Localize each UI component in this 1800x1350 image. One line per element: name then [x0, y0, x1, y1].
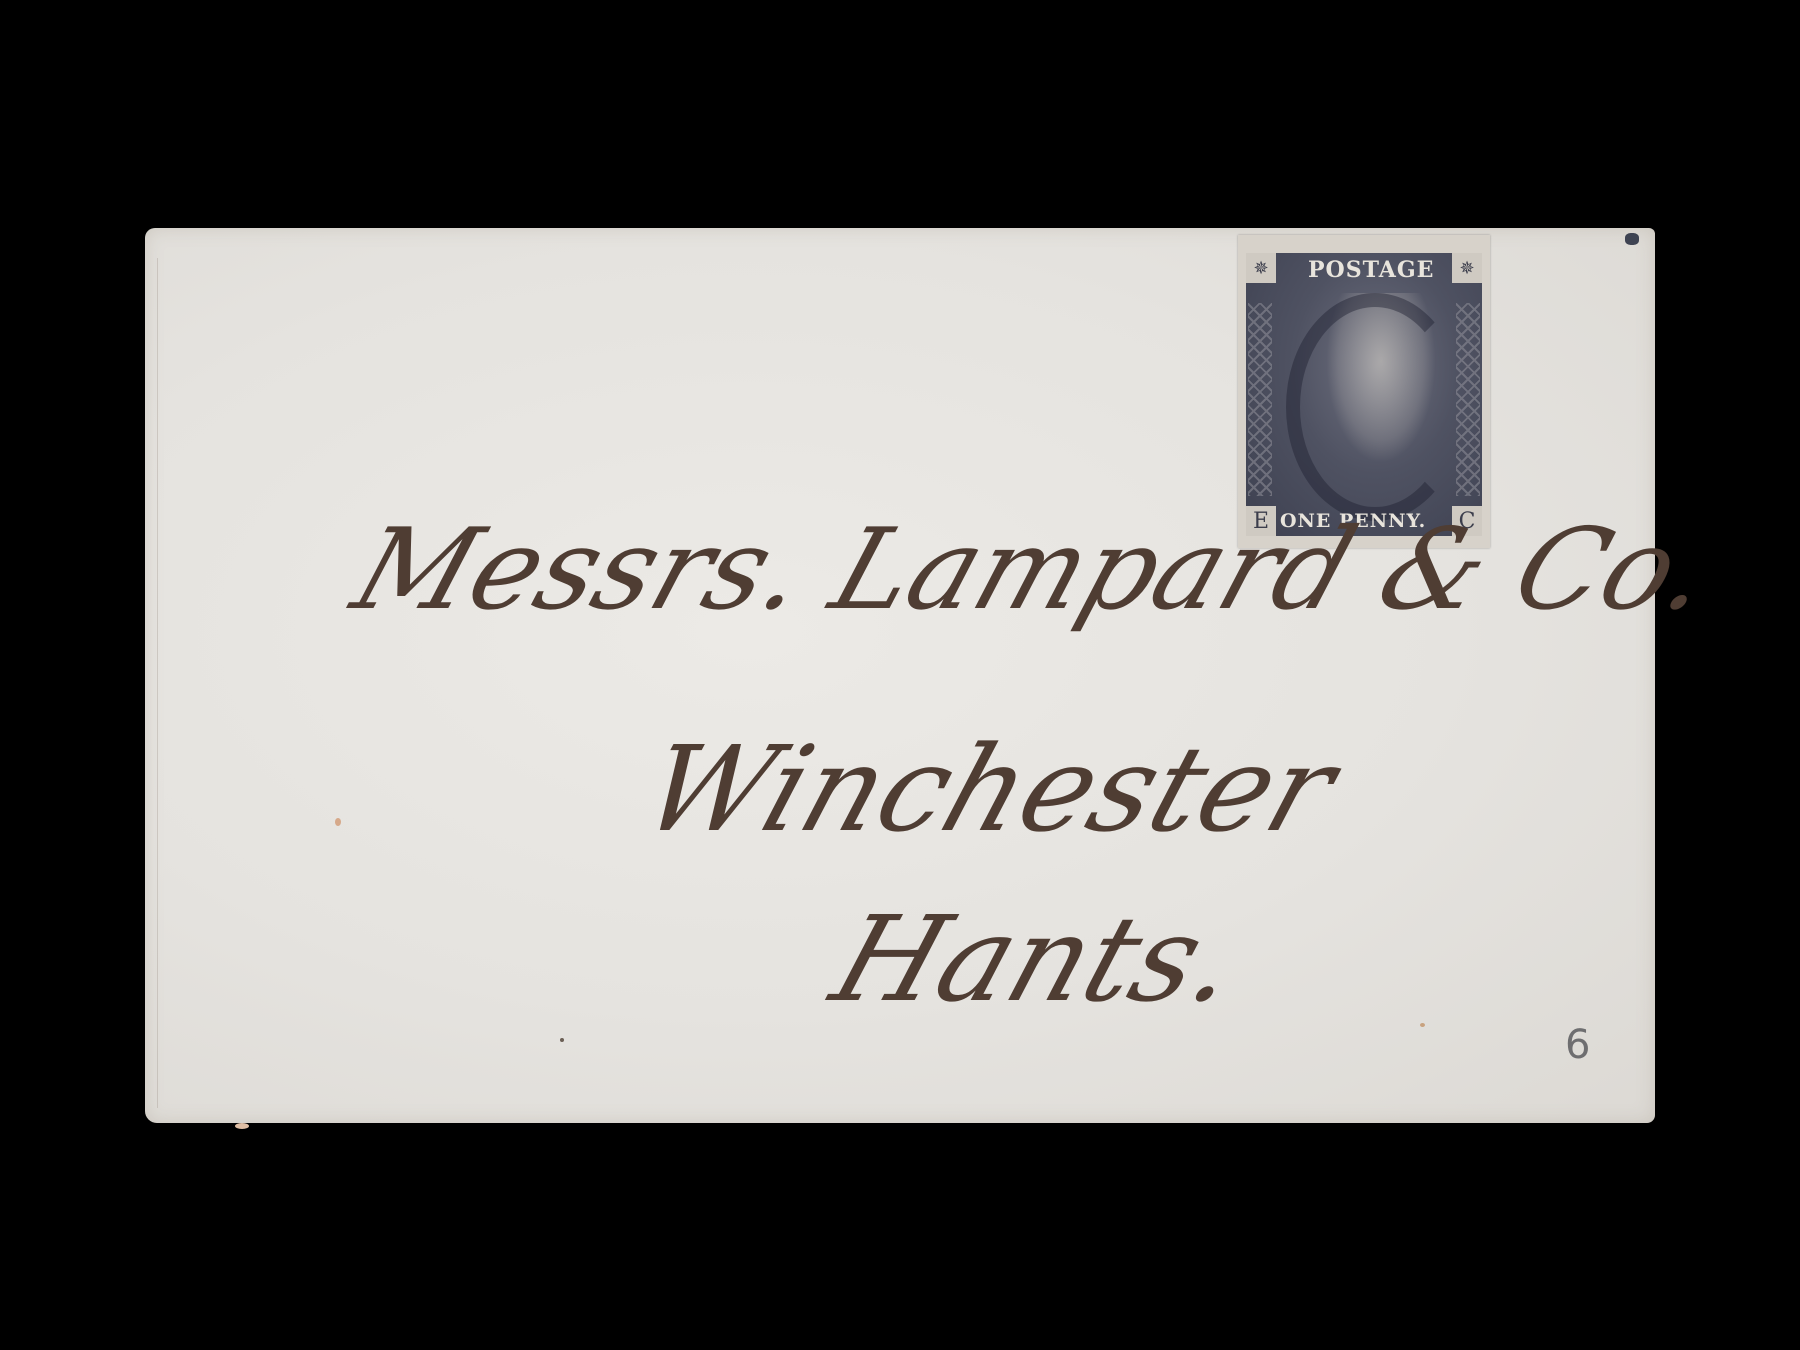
pencil-notation: 6 — [1565, 1022, 1590, 1068]
envelope-fold-edge — [145, 258, 158, 1108]
maltese-cross-postmark — [1286, 293, 1464, 521]
penny-black-stamp: POSTAGE ✵ ✵ E C ONE PENNY. — [1238, 235, 1490, 548]
stamp-design: POSTAGE ✵ ✵ E C ONE PENNY. — [1246, 253, 1482, 536]
star-corner-icon: ✵ — [1452, 253, 1482, 283]
foxing-spot — [1420, 1023, 1425, 1027]
star-corner-icon: ✵ — [1246, 253, 1276, 283]
address-line-2: Winchester — [628, 720, 1352, 858]
address-line-1: Messrs. Lampard & Co. — [339, 505, 1728, 635]
stamp-postage-text: POSTAGE — [1308, 257, 1434, 283]
address-line-3: Hants. — [818, 890, 1258, 1028]
stamp-side-border-left — [1248, 303, 1272, 496]
foxing-spot — [335, 818, 341, 826]
foxing-spot — [560, 1038, 564, 1042]
ink-spot — [1625, 233, 1639, 245]
foxing-spot — [235, 1123, 249, 1129]
